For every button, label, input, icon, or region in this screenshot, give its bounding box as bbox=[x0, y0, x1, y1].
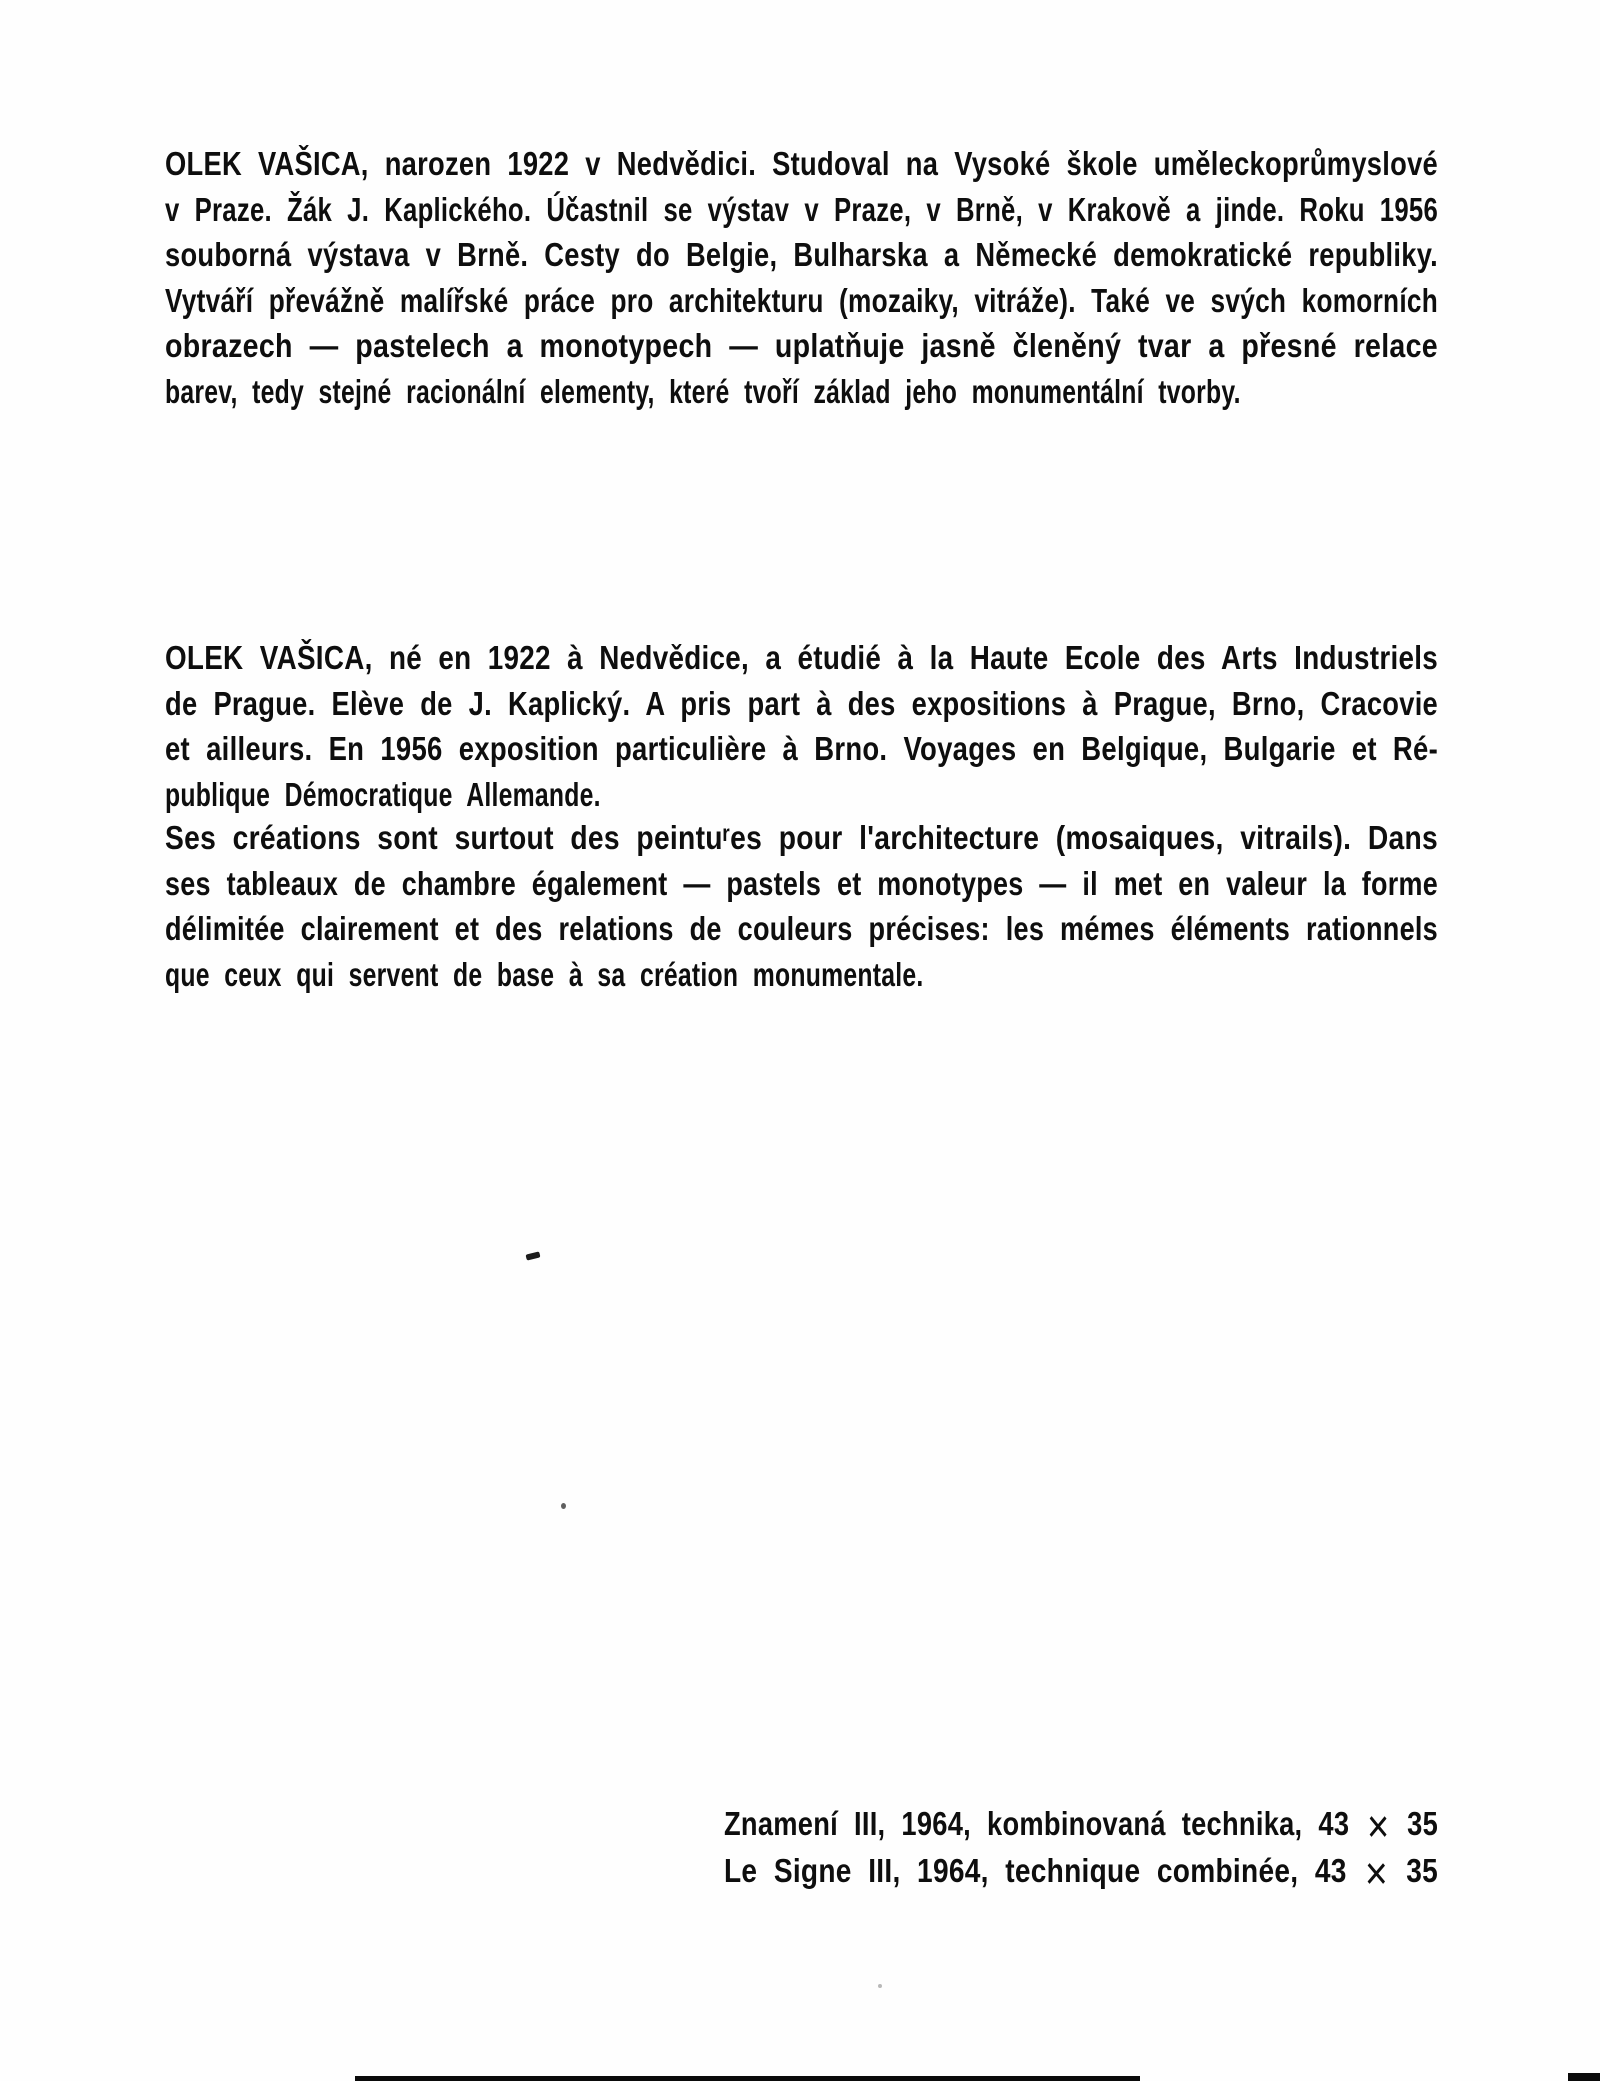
artwork-caption: Znamení III, 1964, kombinovaná technika,… bbox=[724, 1800, 1438, 1894]
bottom-rule-line bbox=[355, 2076, 1140, 2081]
ink-speck-dot bbox=[561, 1503, 566, 1509]
catalog-page: OLEK VAŠICA, narozen 1922 v Nedvědici. S… bbox=[0, 0, 1600, 2081]
bottom-right-ink-mark bbox=[1568, 2073, 1600, 2081]
text-line: barev, tedy stejné racionální elementy, … bbox=[165, 369, 1438, 415]
text-line: Znamení III, 1964, kombinovaná technika,… bbox=[724, 1800, 1438, 1847]
text-line: ses tableaux de chambre également — past… bbox=[165, 861, 1438, 907]
text-line: de Prague. Elève de J. Kaplický. A pris … bbox=[165, 681, 1438, 727]
text-line: que ceux qui servent de base à sa créati… bbox=[165, 952, 1438, 998]
text-line: et ailleurs. En 1956 exposition particul… bbox=[165, 726, 1438, 772]
text-line: publique Démocratique Allemande. bbox=[165, 772, 1438, 818]
text-line: v Praze. Žák J. Kaplického. Účastnil se … bbox=[165, 187, 1438, 233]
text-line: Vytváří převážně malířské práce pro arch… bbox=[165, 278, 1438, 324]
french-bio-paragraph-part-2: Ses créations sont surtout des peintuʳes… bbox=[165, 815, 1438, 997]
text-line: OLEK VAŠICA, né en 1922 à Nedvědice, a é… bbox=[165, 635, 1438, 681]
text-line: OLEK VAŠICA, narozen 1922 v Nedvědici. S… bbox=[165, 141, 1438, 187]
text-line: souborná výstava v Brně. Cesty do Belgie… bbox=[165, 232, 1438, 278]
multiplication-sign: × bbox=[1363, 1847, 1390, 1899]
text-line: Ses créations sont surtout des peintuʳes… bbox=[165, 815, 1438, 861]
text-line: obrazech — pastelech a monotypech — upla… bbox=[165, 323, 1438, 369]
ink-speck-dash bbox=[525, 1251, 540, 1260]
french-bio-paragraph-part-1: OLEK VAŠICA, né en 1922 à Nedvědice, a é… bbox=[165, 635, 1438, 817]
ink-speck-dot-faint bbox=[878, 1984, 882, 1988]
multiplication-sign: × bbox=[1365, 1800, 1391, 1852]
text-line: délimitée clairement et des relations de… bbox=[165, 906, 1438, 952]
text-line: Le Signe III, 1964, technique combinée, … bbox=[724, 1847, 1438, 1894]
czech-bio-paragraph: OLEK VAŠICA, narozen 1922 v Nedvědici. S… bbox=[165, 141, 1438, 414]
